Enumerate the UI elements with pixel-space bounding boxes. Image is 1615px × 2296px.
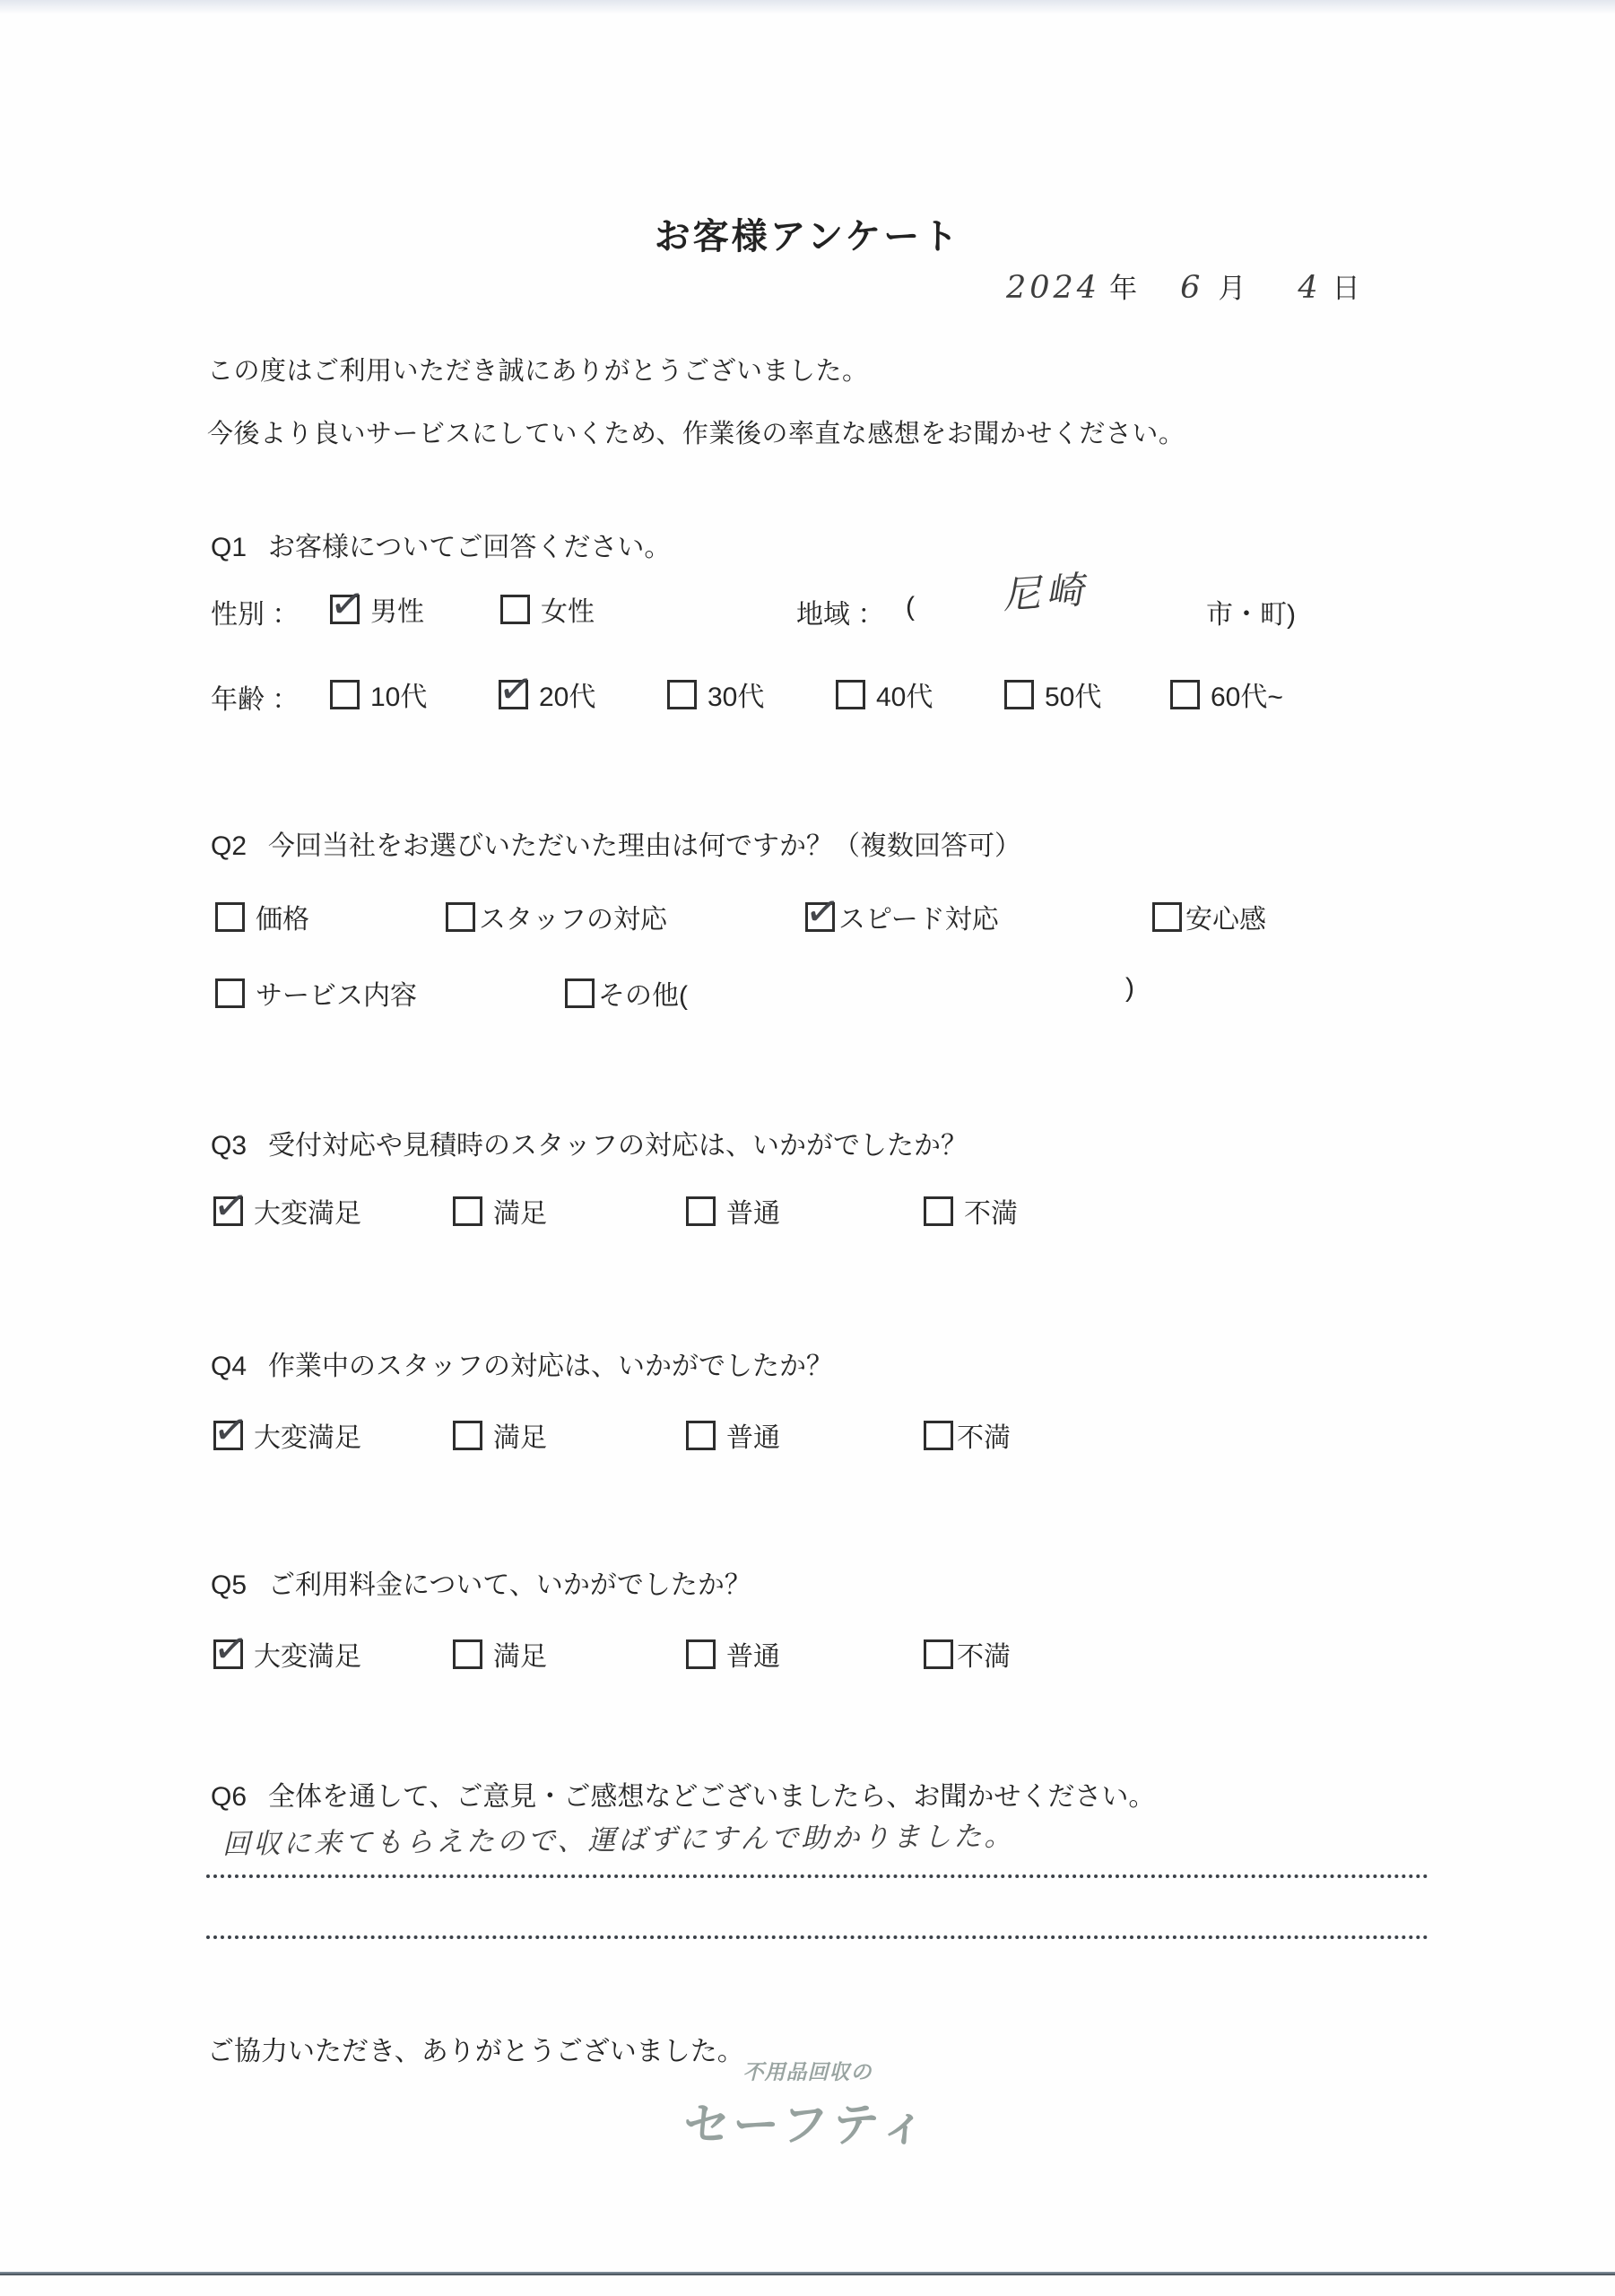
option-label: スピード対応 (838, 897, 999, 936)
option-label: 60代~ (1211, 674, 1283, 714)
option-label: 安心感 (1185, 897, 1266, 936)
q2-option-speed: スピード対応 (805, 897, 999, 936)
option-label: 20代 (539, 674, 595, 714)
checkbox-age-30s[interactable] (667, 680, 697, 709)
scanner-bottom-line-artifact (0, 2272, 1615, 2275)
q4-option-very-satisfied: 大変満足 (213, 1415, 361, 1455)
date-month-label: 月 (1218, 273, 1246, 304)
checkbox-q4-satisfied[interactable] (453, 1421, 482, 1450)
q1-age-option-40s: 40代 (836, 674, 933, 714)
q1-question: お客様についてご回答ください。 (268, 533, 671, 562)
option-label: 大変満足 (254, 1415, 361, 1455)
q5-option-normal: 普通 (686, 1634, 780, 1674)
comment-line-2[interactable] (206, 1935, 1428, 1939)
logo-tagline: 不用品回収の (0, 2056, 1615, 2085)
q5-question: ご利用料金について、いかがでしたか？ (268, 1570, 751, 1600)
checkbox-age-50s[interactable] (1004, 680, 1034, 709)
q2-number: Q2 (211, 831, 247, 861)
q3-heading: Q3受付対応や見積時のスタッフの対応は、いかがでしたか？ (211, 1123, 968, 1162)
q5-number: Q5 (211, 1570, 247, 1600)
area-value[interactable]: 尼崎 (1001, 561, 1090, 621)
option-label: 満足 (493, 1634, 547, 1674)
area-label: 地域 ： (796, 592, 884, 631)
comment-line-1[interactable] (206, 1874, 1428, 1878)
q3-question: 受付対応や見積時のスタッフの対応は、いかがでしたか？ (268, 1131, 968, 1161)
checkbox-staff-response[interactable] (446, 902, 475, 932)
q1-age-option-30s: 30代 (667, 674, 764, 714)
q4-heading: Q4作業中のスタッフの対応は、いかがでしたか？ (211, 1344, 833, 1383)
q2-question: 今回当社をお選びいただいた理由は何ですか？（複数回答可） (268, 831, 1021, 861)
checkbox-q4-very-satisfied[interactable] (213, 1421, 243, 1450)
option-label: 40代 (876, 674, 933, 714)
option-label: スタッフの対応 (479, 897, 667, 936)
checkbox-q3-very-satisfied[interactable] (213, 1196, 243, 1226)
q4-option-satisfied: 満足 (453, 1415, 547, 1455)
scanner-edge-artifact (0, 0, 1615, 14)
q4-option-normal: 普通 (686, 1415, 780, 1455)
checkbox-age-40s[interactable] (836, 680, 865, 709)
q2-heading: Q2今回当社をお選びいただいた理由は何ですか？（複数回答可） (211, 823, 1021, 863)
company-logo: 不用品回収の セーフティ (0, 2056, 1615, 2154)
intro-line-1: この度はご利用いただき誠にありがとうございました。 (207, 351, 869, 387)
q1-age-option-60s: 60代~ (1170, 674, 1283, 714)
option-label: 大変満足 (254, 1191, 361, 1231)
option-label: 普通 (726, 1415, 780, 1455)
date-day-label: 日 (1333, 273, 1360, 304)
option-label: 不満 (957, 1634, 1011, 1674)
q2-option-staff-response: スタッフの対応 (446, 897, 667, 936)
checkbox-age-20s[interactable] (499, 680, 528, 709)
q2-option-other: その他( (565, 973, 688, 1013)
q4-option-dissatisfied: 不満 (924, 1415, 1011, 1455)
option-label: 満足 (493, 1191, 547, 1231)
date-year-value[interactable]: 2024 (1006, 270, 1100, 306)
checkbox-reassurance[interactable] (1152, 902, 1182, 932)
option-label: 10代 (370, 674, 427, 714)
option-label: 普通 (726, 1634, 780, 1674)
checkbox-age-60s[interactable] (1170, 680, 1200, 709)
area-suffix: 市・町) (1206, 592, 1296, 631)
area-open-paren: ( (906, 592, 915, 622)
q6-question: 全体を通して、ご意見・ご感想などございましたら、お聞かせください。 (268, 1782, 1155, 1812)
q5-option-dissatisfied: 不満 (924, 1634, 1011, 1674)
q1-gender-option-male: 男性 (330, 589, 424, 629)
q1-age-option-20s: 20代 (499, 674, 595, 714)
q5-option-very-satisfied: 大変満足 (213, 1634, 361, 1674)
option-label: サービス内容 (256, 973, 417, 1013)
checkbox-speed[interactable] (805, 902, 835, 932)
checkbox-q4-normal[interactable] (686, 1421, 716, 1450)
checkbox-age-10s[interactable] (330, 680, 360, 709)
q1-age-option-10s: 10代 (330, 674, 427, 714)
checkbox-q3-dissatisfied[interactable] (924, 1196, 953, 1226)
checkbox-female[interactable] (500, 595, 530, 624)
checkbox-q5-satisfied[interactable] (453, 1639, 482, 1669)
q3-option-dissatisfied: 不満 (924, 1191, 1018, 1231)
q6-heading: Q6全体を通して、ご意見・ご感想などございましたら、お聞かせください。 (211, 1774, 1155, 1813)
date-day-value[interactable]: 4 (1298, 270, 1321, 306)
option-label: 30代 (708, 674, 764, 714)
q3-option-very-satisfied: 大変満足 (213, 1191, 361, 1231)
option-label: 価格 (256, 897, 309, 936)
q2-option-price: 価格 (215, 897, 309, 936)
intro-line-2: 今後より良いサービスにしていくため、作業後の率直な感想をお聞かせください。 (207, 413, 1185, 450)
date-month-value[interactable]: 6 (1180, 270, 1203, 306)
option-label: 普通 (726, 1191, 780, 1231)
q3-number: Q3 (211, 1131, 247, 1161)
q3-option-satisfied: 満足 (453, 1191, 547, 1231)
q2-option-reassurance: 安心感 (1152, 897, 1266, 936)
option-label: 男性 (370, 589, 424, 629)
q5-heading: Q5ご利用料金について、いかがでしたか？ (211, 1562, 751, 1602)
option-label: 50代 (1045, 674, 1101, 714)
q1-age-option-50s: 50代 (1004, 674, 1101, 714)
checkbox-q5-very-satisfied[interactable] (213, 1639, 243, 1669)
gender-label: 性別 ： (211, 592, 299, 631)
option-label: 満足 (493, 1415, 547, 1455)
date-line: 2024年6月4日 (1006, 265, 1360, 306)
checkbox-male[interactable] (330, 595, 360, 624)
q5-option-satisfied: 満足 (453, 1634, 547, 1674)
q4-question: 作業中のスタッフの対応は、いかがでしたか？ (268, 1352, 833, 1381)
checkbox-q4-dissatisfied[interactable] (924, 1421, 953, 1450)
checkbox-q3-normal[interactable] (686, 1196, 716, 1226)
checkbox-q5-dissatisfied[interactable] (924, 1639, 953, 1669)
q3-option-normal: 普通 (686, 1191, 780, 1231)
age-label: 年齢 ： (211, 677, 299, 717)
option-label: 不満 (957, 1415, 1011, 1455)
checkbox-q5-normal[interactable] (686, 1639, 716, 1669)
checkbox-service-content[interactable] (215, 978, 245, 1008)
q4-number: Q4 (211, 1352, 247, 1381)
option-label: 大変満足 (254, 1634, 361, 1674)
q1-number: Q1 (211, 533, 247, 562)
q2-other-close-paren: ) (1125, 973, 1134, 1004)
checkbox-q3-satisfied[interactable] (453, 1196, 482, 1226)
option-label: その他( (598, 973, 688, 1013)
q1-gender-option-female: 女性 (500, 589, 595, 629)
option-label: 不満 (964, 1191, 1018, 1231)
page-title: お客様アンケート (0, 208, 1615, 259)
q6-number: Q6 (211, 1782, 247, 1812)
q6-answer-handwritten[interactable]: 回収に来てもらえたので、運ばずにすんで助かりました。 (222, 1813, 1015, 1861)
date-year-label: 年 (1109, 273, 1137, 304)
q1-heading: Q1お客様についてご回答ください。 (211, 525, 671, 564)
checkbox-other[interactable] (565, 978, 595, 1008)
q2-option-service-content: サービス内容 (215, 973, 417, 1013)
option-label: 女性 (541, 589, 595, 629)
checkbox-price[interactable] (215, 902, 245, 932)
logo-brand-safety: セーフティ (0, 2087, 1615, 2154)
